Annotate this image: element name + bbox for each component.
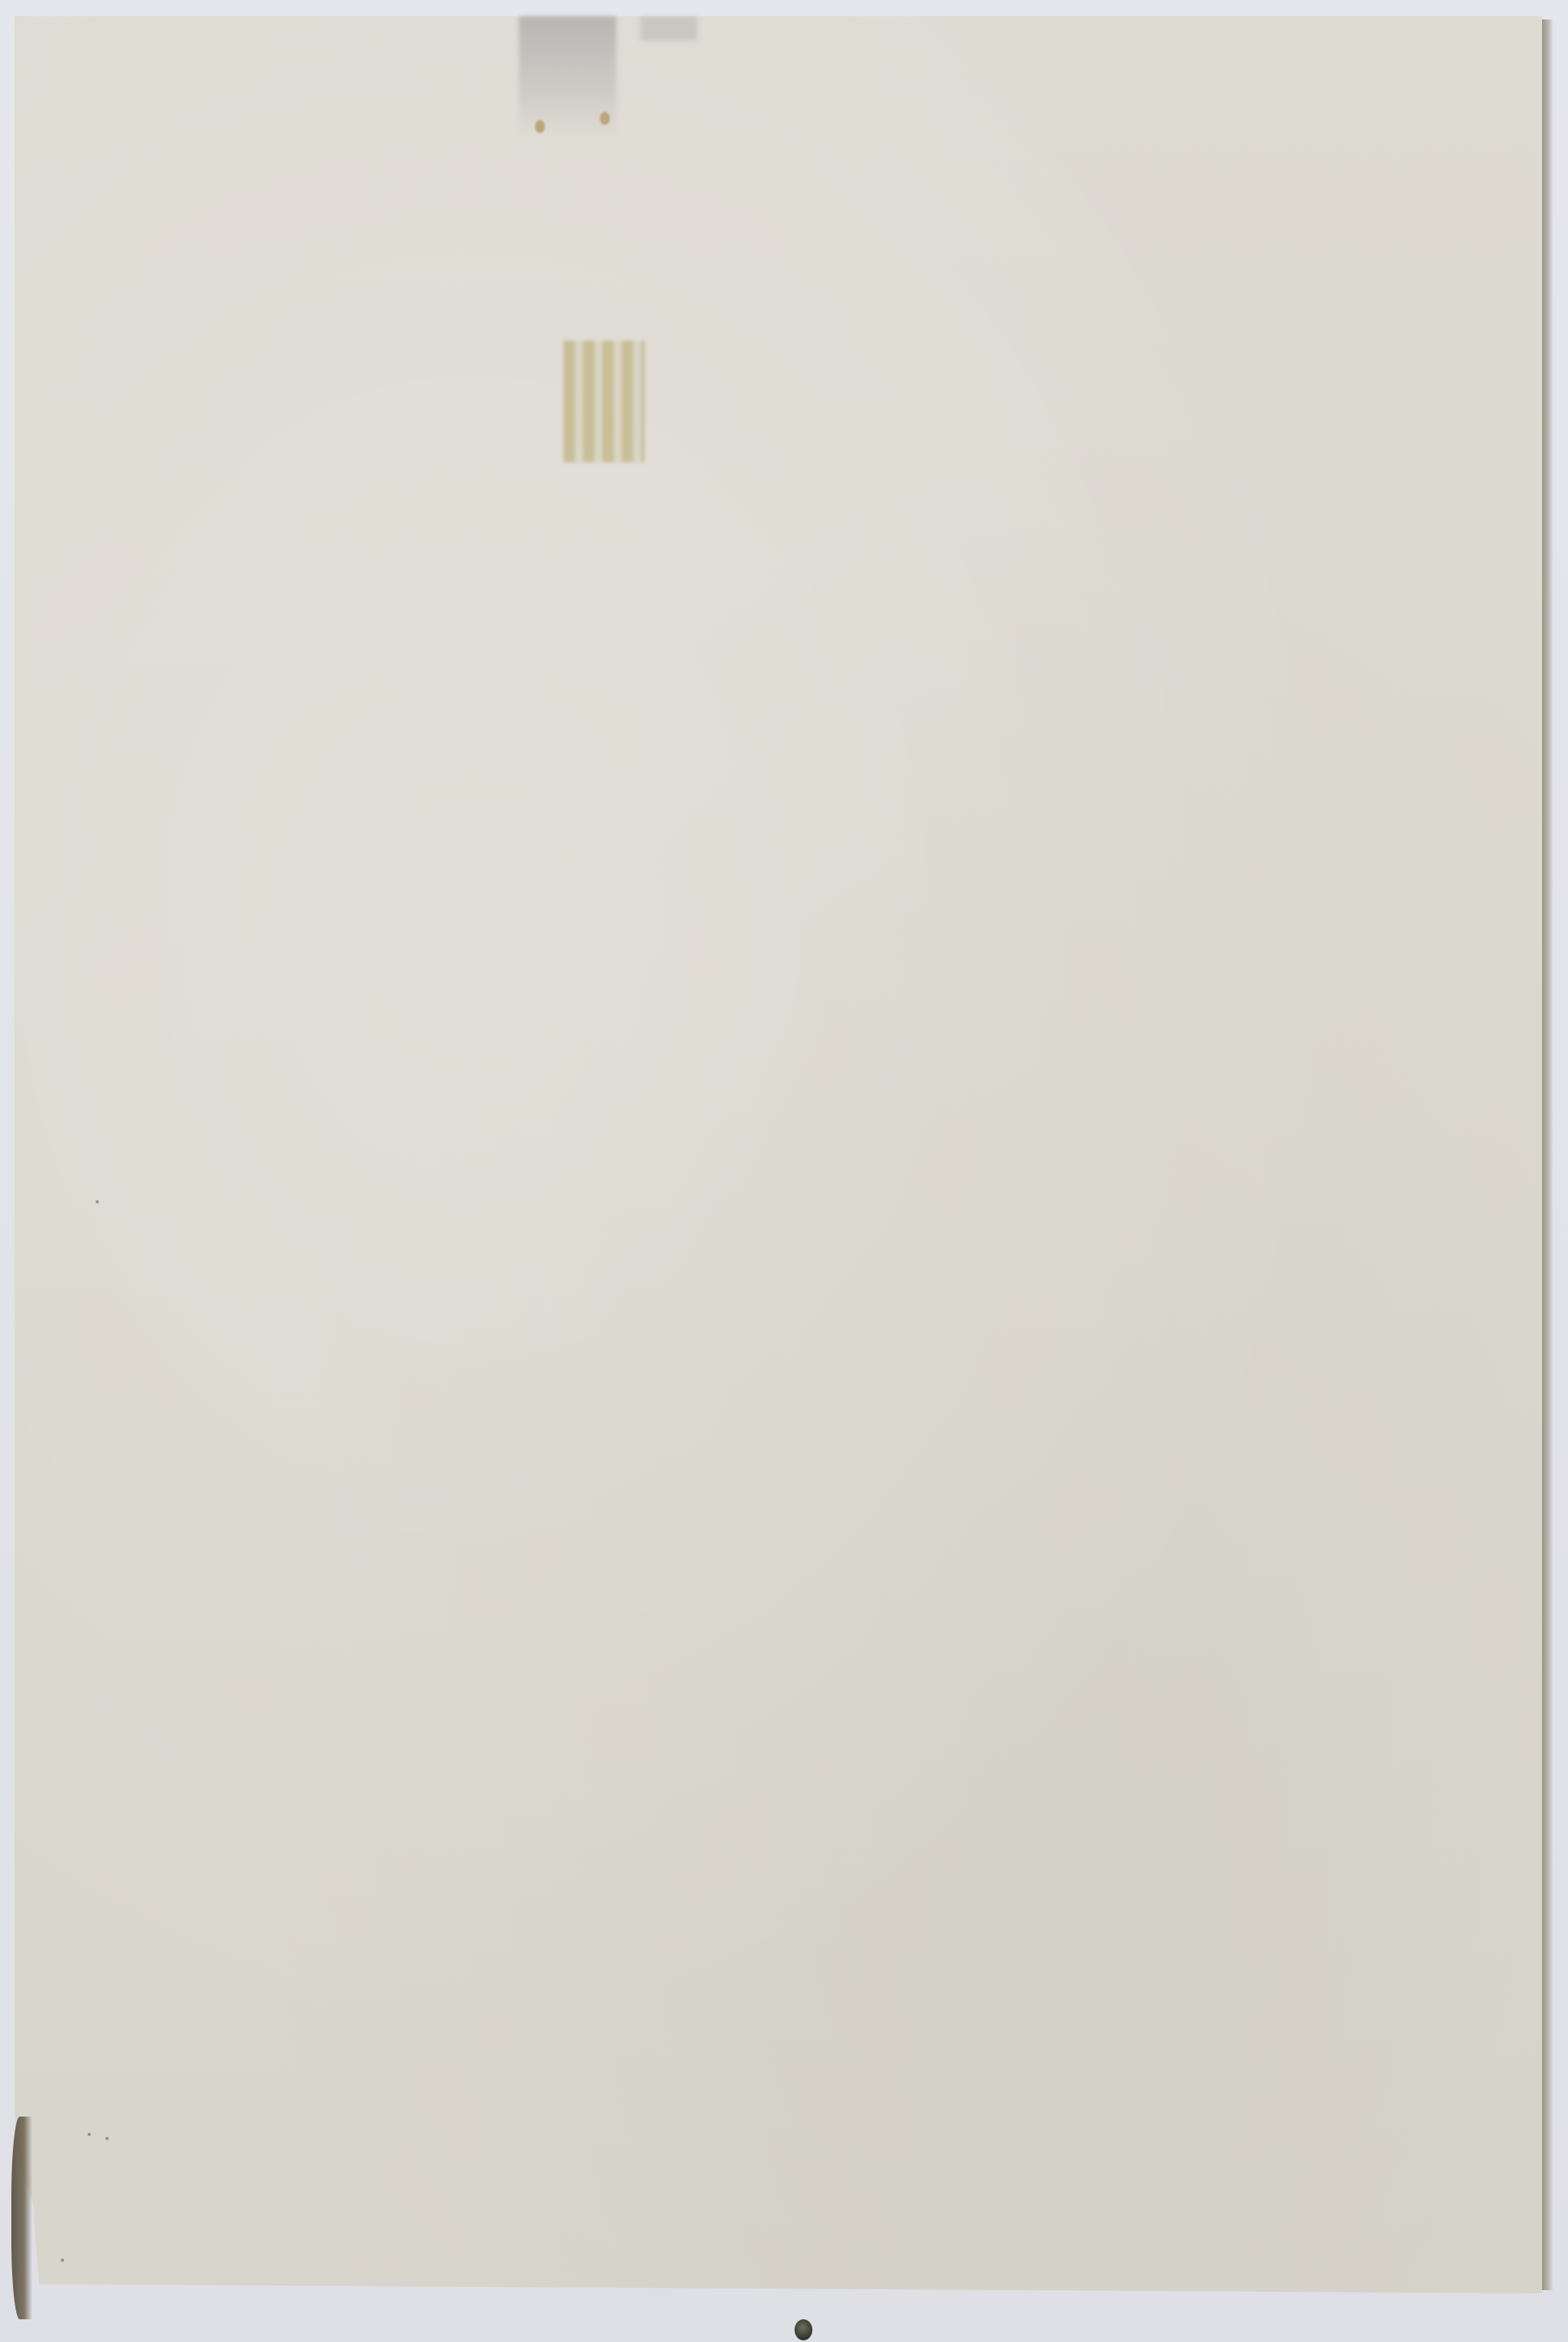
photo-scene xyxy=(0,0,1568,2342)
stain-dot xyxy=(600,112,610,125)
speck xyxy=(105,2137,109,2140)
torn-edge xyxy=(11,2117,32,2319)
dark-object xyxy=(795,2319,812,2340)
tape-stain-yellow xyxy=(563,341,645,462)
paper-edge-shadow xyxy=(1540,19,1553,2290)
stain-dot xyxy=(535,120,545,133)
speck xyxy=(96,1200,99,1203)
blank-paper-sheet xyxy=(15,16,1542,2293)
tape-residue-gray-small xyxy=(640,16,697,41)
speck xyxy=(88,2133,91,2136)
speck xyxy=(61,2258,64,2262)
